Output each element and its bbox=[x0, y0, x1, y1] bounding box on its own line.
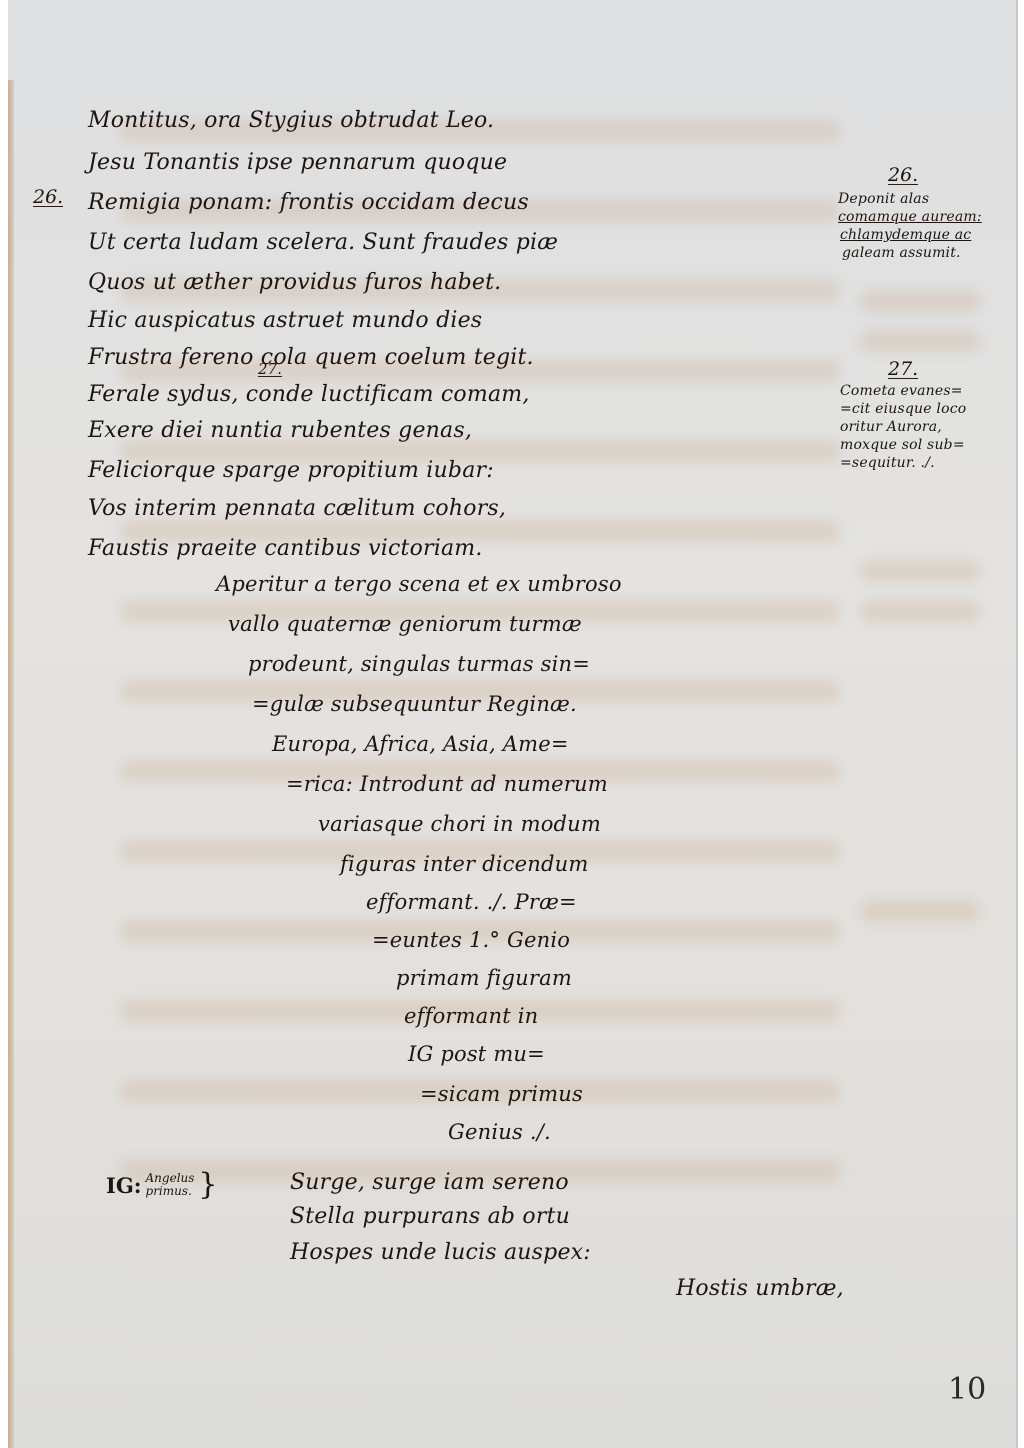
stage-direction-line: Aperitur a tergo scena et ex umbroso bbox=[216, 572, 622, 596]
verse-line: Montitus, ora Stygius obtrudat Leo. bbox=[88, 108, 494, 133]
ink-bleed bbox=[860, 600, 980, 622]
margin-note-number: 27. bbox=[888, 360, 918, 379]
ink-bleed bbox=[860, 330, 980, 352]
stage-direction-line: prodeunt, singulas turmas sin= bbox=[248, 652, 590, 676]
folio-number: 10 bbox=[948, 1372, 986, 1407]
speech-line: Surge, surge iam sereno bbox=[290, 1170, 569, 1195]
margin-note-line: =sequitur. ./. bbox=[840, 456, 935, 471]
ink-bleed bbox=[860, 290, 980, 312]
stage-direction-line: =euntes 1.° Genio bbox=[372, 928, 570, 952]
verse-line: Jesu Tonantis ipse pennarum quoque bbox=[88, 150, 507, 175]
speaker-role-line: primus. bbox=[146, 1184, 192, 1198]
margin-note-line: Cometa evanes= bbox=[840, 384, 963, 399]
manuscript-scan: 26. Montitus, ora Stygius obtrudat Leo. … bbox=[0, 0, 1024, 1448]
margin-note-line: galeam assumit. bbox=[842, 246, 961, 261]
stage-direction-line: Europa, Africa, Asia, Ame= bbox=[272, 732, 569, 756]
speech-line: Hospes unde lucis auspex: bbox=[290, 1240, 591, 1265]
margin-note-line: oritur Aurora, bbox=[840, 420, 942, 435]
verse-line: Ferale sydus, conde luctificam comam, bbox=[88, 382, 530, 407]
page-edge-shadow bbox=[8, 80, 14, 1448]
verse-line: Exere diei nuntia rubentes genas, bbox=[88, 418, 472, 443]
stage-direction-line: figuras inter dicendum bbox=[340, 852, 588, 876]
speaker-label: IG: Angelus primus. } bbox=[106, 1170, 218, 1200]
margin-note-line: Deponit alas bbox=[838, 192, 929, 207]
speaker-role-line: Angelus bbox=[146, 1171, 195, 1185]
stage-direction-line: efformant. ./. Præ= bbox=[366, 890, 577, 914]
margin-note-number: 26. bbox=[888, 166, 918, 185]
verse-line: Feliciorque sparge propitium iubar: bbox=[88, 458, 494, 483]
margin-verse-number: 26. bbox=[33, 188, 63, 207]
brace-icon: } bbox=[198, 1170, 217, 1200]
speech-line: Stella purpurans ab ortu bbox=[290, 1204, 570, 1229]
margin-note-line: chlamydemque ac bbox=[840, 228, 971, 243]
stage-direction-line: vallo quaternæ geniorum turmæ bbox=[228, 612, 582, 636]
speaker-role: Angelus primus. bbox=[146, 1172, 195, 1198]
margin-note-line: moxque sol sub= bbox=[840, 438, 965, 453]
verse-line: Remigia ponam: frontis occidam decus bbox=[88, 190, 529, 215]
stage-direction-line: IG post mu= bbox=[408, 1042, 545, 1066]
verse-line: Quos ut æther providus furos habet. bbox=[88, 270, 501, 295]
ink-bleed bbox=[860, 560, 980, 582]
verse-line: Faustis praeite cantibus victoriam. bbox=[88, 536, 483, 561]
stage-direction-line: efformant in bbox=[404, 1004, 538, 1028]
ink-bleed bbox=[860, 900, 980, 922]
margin-note-line: =cit eiusque loco bbox=[840, 402, 966, 417]
stage-direction-line: Genius ./. bbox=[448, 1120, 551, 1144]
stage-direction-line: variasque chori in modum bbox=[318, 812, 601, 836]
inline-verse-number: 27. bbox=[258, 362, 282, 377]
catchword: Hostis umbræ, bbox=[676, 1276, 844, 1301]
margin-note-line: comamque auream: bbox=[838, 210, 982, 225]
stage-direction-line: =gulæ subsequuntur Reginæ. bbox=[252, 692, 577, 716]
verse-line: Vos interim pennata cælitum cohors, bbox=[88, 496, 506, 521]
verse-line: Hic auspicatus astruet mundo dies bbox=[88, 308, 482, 333]
stage-direction-line: =sicam primus bbox=[420, 1082, 583, 1106]
stage-direction-line: =rica: Introdunt ad numerum bbox=[286, 772, 608, 796]
stage-direction-line: primam figuram bbox=[396, 966, 572, 990]
verse-line: Frustra fereno cola quem coelum tegit. bbox=[88, 345, 534, 370]
speaker-sigil: IG: bbox=[106, 1173, 142, 1198]
verse-line: Ut certa ludam scelera. Sunt fraudes piæ bbox=[88, 230, 558, 255]
